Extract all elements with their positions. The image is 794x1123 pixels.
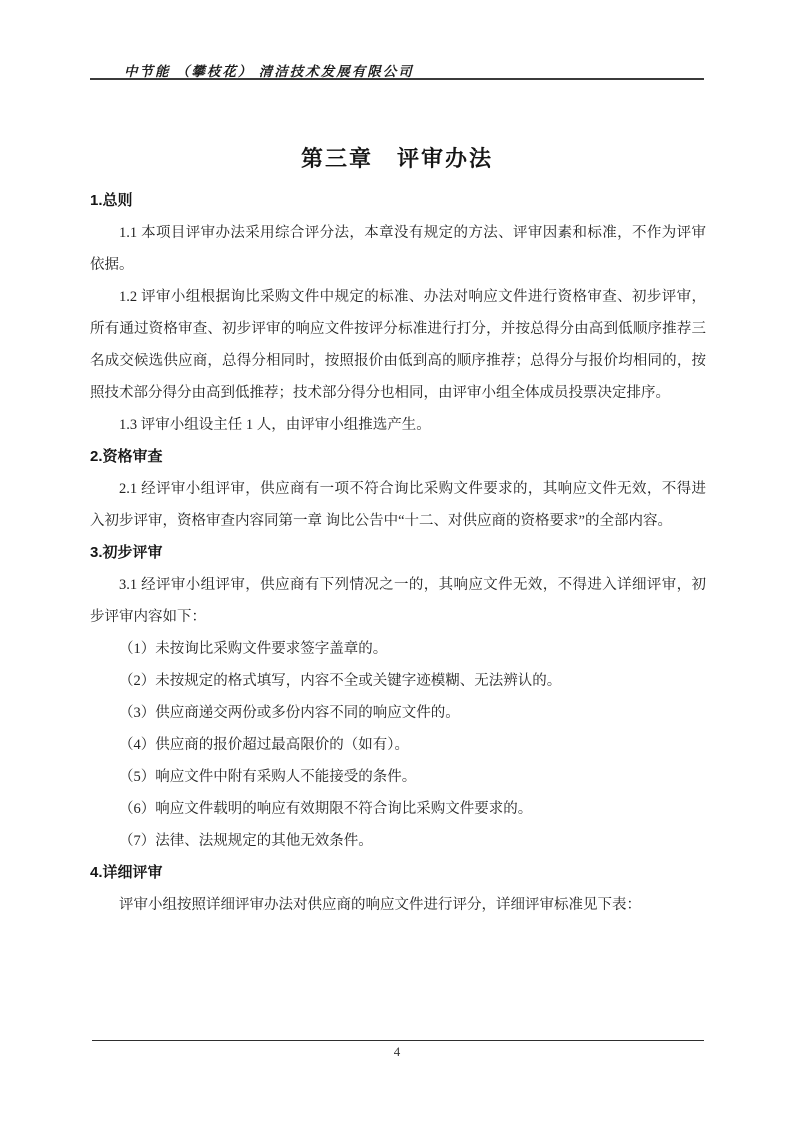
page-number: 4 [0, 1044, 794, 1060]
document-page: 中节能 （攀枝花） 清洁技术发展有限公司 第三章 评审办法 1.总则1.1 本项… [0, 0, 794, 1123]
paragraph: （3）供应商递交两份或多份内容不同的响应文件的。 [90, 697, 706, 729]
paragraph: （5）响应文件中附有采购人不能接受的条件。 [90, 761, 706, 793]
paragraph: 2.1 经评审小组评审，供应商有一项不符合询比采购文件要求的，其响应文件无效，不… [90, 473, 706, 537]
paragraph: 1.1 本项目评审办法采用综合评分法，本章没有规定的方法、评审因素和标准，不作为… [90, 217, 706, 281]
paragraph: （7）法律、法规规定的其他无效条件。 [90, 825, 706, 857]
paragraph: 1.3 评审小组设主任 1 人，由评审小组推选产生。 [90, 409, 706, 441]
footer-rule [92, 1040, 704, 1041]
paragraph: （4）供应商的报价超过最高限价的（如有）。 [90, 729, 706, 761]
chapter-title: 第三章 评审办法 [0, 142, 794, 173]
section-heading: 1.总则 [90, 185, 706, 217]
header-rule [90, 78, 704, 80]
header-company-name: 中节能 （攀枝花） 清洁技术发展有限公司 [124, 60, 414, 80]
paragraph: 1.2 评审小组根据询比采购文件中规定的标准、办法对响应文件进行资格审查、初步评… [90, 281, 706, 409]
section-heading: 3.初步评审 [90, 537, 706, 569]
section-heading: 2.资格审查 [90, 441, 706, 473]
document-body: 1.总则1.1 本项目评审办法采用综合评分法，本章没有规定的方法、评审因素和标准… [90, 185, 706, 921]
paragraph: （6）响应文件载明的响应有效期限不符合询比采购文件要求的。 [90, 793, 706, 825]
paragraph: 评审小组按照详细评审办法对供应商的响应文件进行评分，详细评审标准见下表： [90, 889, 706, 921]
paragraph: （2）未按规定的格式填写，内容不全或关键字迹模糊、无法辨认的。 [90, 665, 706, 697]
paragraph: （1）未按询比采购文件要求签字盖章的。 [90, 633, 706, 665]
paragraph: 3.1 经评审小组评审，供应商有下列情况之一的，其响应文件无效，不得进入详细评审… [90, 569, 706, 633]
section-heading: 4.详细评审 [90, 857, 706, 889]
